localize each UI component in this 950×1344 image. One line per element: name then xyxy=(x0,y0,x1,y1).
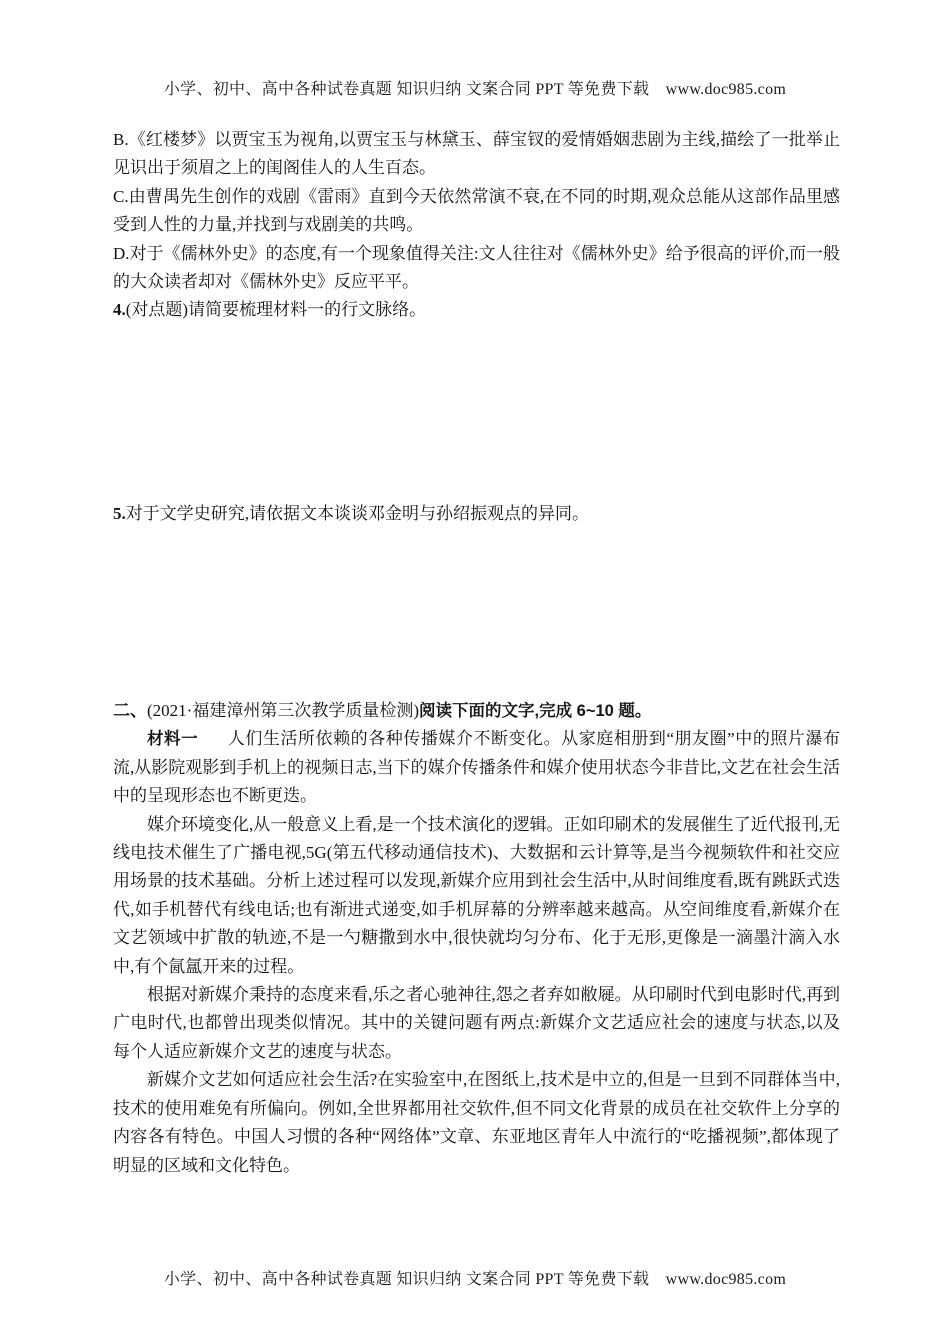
section-two-instruction: 阅读下面的文字,完成 6~10 题。 xyxy=(419,702,651,720)
option-d: D.对于《儒林外史》的态度,有一个现象值得关注:文人往往对《儒林外史》给予很高的… xyxy=(113,240,840,297)
question-4-text: (对点题)请简要梳理材料一的行文脉络。 xyxy=(126,300,426,319)
page-header-watermark: 小学、初中、高中各种试卷真题 知识归纳 文案合同 PPT 等免费下载 www.d… xyxy=(0,76,950,99)
material-1-label: 材料一 xyxy=(147,730,198,748)
question-options-block: B.《红楼梦》以贾宝玉为视角,以贾宝玉与林黛玉、薛宝钗的爱情婚姻悲剧为主线,描绘… xyxy=(113,126,840,325)
question-5-block: 5.对于文学史研究,请依据文本谈谈邓金明与孙绍振观点的异同。 xyxy=(113,500,840,528)
material-1-paragraph-1-text: 人们生活所依赖的各种传播媒介不断变化。从家庭相册到“朋友圈”中的照片瀑布流,从影… xyxy=(113,729,840,805)
material-1-paragraph-4: 新媒介文艺如何适应社会生活?在实验室中,在图纸上,技术是中立的,但是一旦到不同群… xyxy=(113,1066,840,1180)
document-page: 小学、初中、高中各种试卷真题 知识归纳 文案合同 PPT 等免费下载 www.d… xyxy=(0,0,950,1344)
material-1-paragraph-1: 材料一人们生活所依赖的各种传播媒介不断变化。从家庭相册到“朋友圈”中的照片瀑布流… xyxy=(113,725,840,810)
question-5-text: 对于文学史研究,请依据文本谈谈邓金明与孙绍振观点的异同。 xyxy=(126,504,589,523)
section-two-block: 二、(2021·福建漳州第三次教学质量检测)阅读下面的文字,完成 6~10 题。… xyxy=(113,697,840,1180)
page-footer-watermark: 小学、初中、高中各种试卷真题 知识归纳 文案合同 PPT 等免费下载 www.d… xyxy=(0,1266,950,1289)
question-4-number: 4. xyxy=(113,300,126,319)
material-1-paragraph-2: 媒介环境变化,从一般意义上看,是一个技术演化的逻辑。正如印刷术的发展催生了近代报… xyxy=(113,811,840,981)
question-5-number: 5. xyxy=(113,504,126,523)
section-two-heading: 二、(2021·福建漳州第三次教学质量检测)阅读下面的文字,完成 6~10 题。 xyxy=(113,697,840,725)
section-two-number: 二、 xyxy=(113,701,147,720)
material-1-paragraph-3: 根据对新媒介秉持的态度来看,乐之者心驰神往,怨之者弃如敝屣。从印刷时代到电影时代… xyxy=(113,981,840,1066)
option-c: C.由曹禺先生创作的戏剧《雷雨》直到今天依然常演不衰,在不同的时期,观众总能从这… xyxy=(113,183,840,240)
question-5: 5.对于文学史研究,请依据文本谈谈邓金明与孙绍振观点的异同。 xyxy=(113,500,840,528)
option-b: B.《红楼梦》以贾宝玉为视角,以贾宝玉与林黛玉、薛宝钗的爱情婚姻悲剧为主线,描绘… xyxy=(113,126,840,183)
section-two-source: (2021·福建漳州第三次教学质量检测) xyxy=(147,701,419,720)
question-4: 4.(对点题)请简要梳理材料一的行文脉络。 xyxy=(113,296,840,324)
